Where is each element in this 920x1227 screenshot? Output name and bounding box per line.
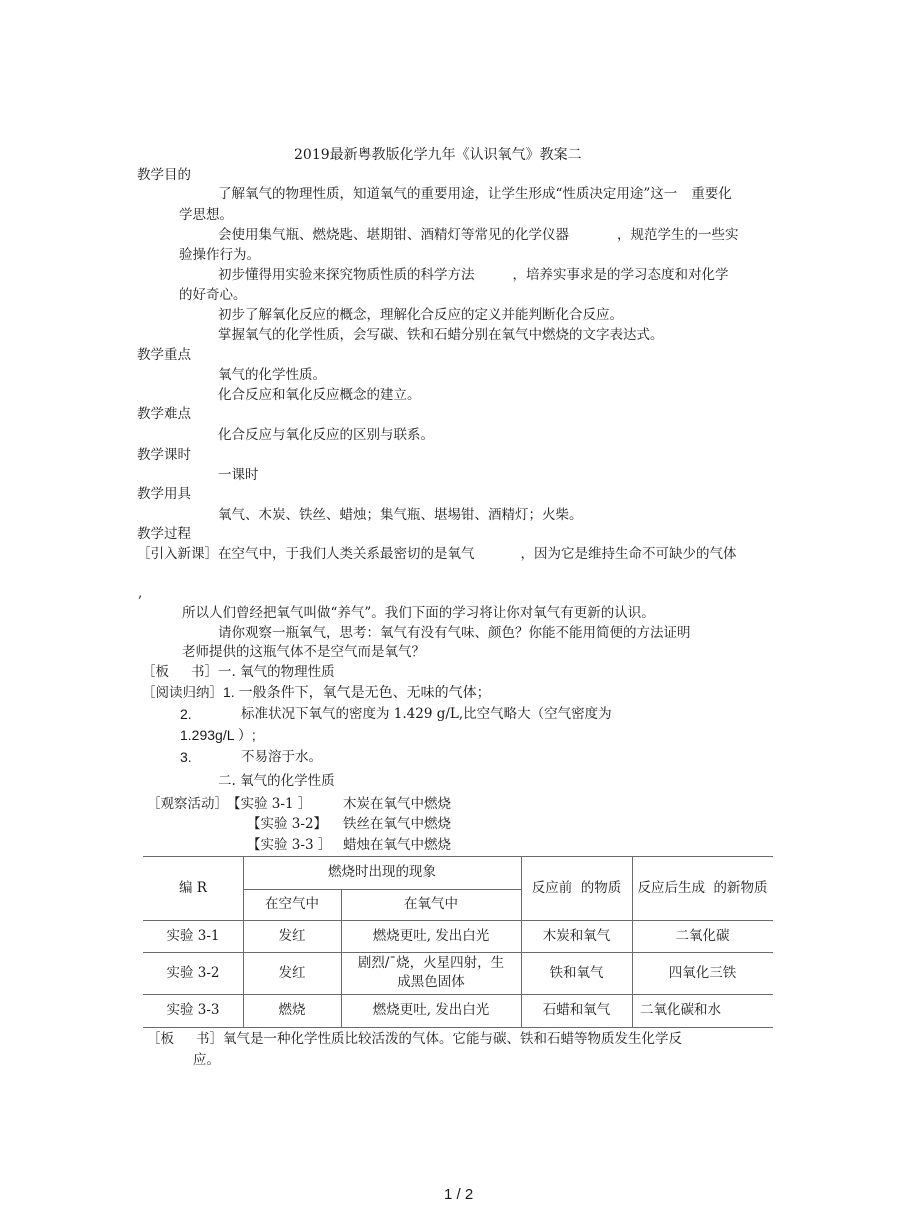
table-row-1-id: 实验 3-1 [143,920,243,952]
stray-comma: , [138,584,142,602]
reading-item-2-text: 标准状况下氧气的密度为 1.429 g/L,比空气略大（空气密度为 [241,705,612,723]
table-row-2-id: 实验 3-2 [143,952,243,994]
table-rule-bottom [143,1027,773,1028]
row-2-in-oxygen-line1: 剧烈/¯烧，火星四射，生 [358,954,504,973]
reading-item-3-num: 3. [180,748,192,766]
table-row-2-products: 四氧化三铁 [632,952,773,994]
objective-2-text-cont: ，规范学生的一些实 [617,227,739,243]
board-note-2: ［板书］氧气是一种化学性质比较活泼的气体。它能与碳、铁和石蜡等物质发生化学反 [147,1030,682,1048]
objective-2-line1: 会使用集气瓶、燃烧匙、堪期钳、酒精灯等常见的化学仪器，规范学生的一些实 [218,226,739,244]
intro-text-c: 所以人们曾经把氧气叫做“养气”。我们下面的学习将让你对氧气有更新的认识。 [182,604,655,622]
question-line-1: 请你观察一瓶氧气，思考：氧气有没有气味、颜色？你能不能用简便的方法证明 [218,624,691,642]
experiment-3-label: 【实验 3-3 ］ [247,836,331,854]
objective-3-line2: 的好奇心。 [179,286,247,304]
experiment-table: 编 R 燃烧时出现的现象 在空气中 在氧气中 反应前 的物质 反应后生成 的新物… [143,856,773,1027]
question-line-2: 老师提供的这瓶气体不是空气而是氧气？ [182,643,425,661]
heading-difficulties: 教学难点 [137,405,191,423]
table-row-2-in-air: 发红 [243,952,341,994]
table-row-3-id: 实验 3-3 [143,994,243,1027]
reading-item-1: 1. 一般条件下，氧气是无色、无味的气体； [223,684,491,700]
board-text-2: 氧气是一种化学性质比较活泼的气体。它能与碳、铁和石蜡等物质发生化学反 [223,1031,682,1047]
table-row-3-in-air: 燃烧 [243,994,341,1027]
objective-3-text: 初步懂得用实验来探究物质性质的科学方法 [218,267,475,283]
table-row-1-products: 二氧化碳 [632,920,773,952]
objective-1-text-cont: 重要化 [691,186,732,202]
table-row-3-reactants: 石蜡和氧气 [521,994,632,1027]
reading-summary-1: ［阅读归纳］1. 一般条件下，氧气是无色、无味的气体； [142,683,491,702]
objective-2-text: 会使用集气瓶、燃烧匙、堪期钳、酒精灯等常见的化学仪器 [218,227,569,243]
reading-item-2-num: 2. [180,705,192,723]
board-tag-close: 书］ [191,664,218,680]
objective-1-text: 了解氧气的物理性质，知道氧气的重要用途，让学生形成“性质决定用途”这一 [218,186,677,202]
th-reactants: 反应前 的物质 [521,856,632,920]
objective-1-line2: 学思想。 [179,206,233,224]
materials-list: 氧气、木炭、铁丝、蜡烛；集气瓶、堪埸钳、酒精灯；火柴。 [218,506,583,524]
board-2-tag-close: 书］ [196,1031,223,1047]
observe-tag: ［观察活动］ [147,795,228,813]
row-1-id-text: 实验 3-1 [166,927,219,946]
th-in-air: 在空气中 [243,889,341,920]
board-text-2-cont: 应。 [193,1051,220,1069]
reading-item-2-cont: 1.293g/L ）; [180,726,256,744]
row-2-in-oxygen-line2: 成黑色固体 [397,973,465,992]
table-row-1-in-air: 发红 [243,920,341,952]
intro-line: ［引入新课］在空气中，于我们人类关系最密切的是氧气，因为它是维持生命不可缺少的气… [137,545,737,563]
objective-4: 初步了解氧化反应的概念，理解化合反应的定义并能判断化合反应。 [218,306,623,324]
board-tag-open: ［板 [142,664,169,680]
experiment-3-desc: 蜡烛在氧气中燃烧 [343,836,451,854]
key-point-2: 化合反应和氧化反应概念的建立。 [218,386,421,404]
th-id: 编 R [143,856,243,920]
table-row-1-in-oxygen: 燃烧更吐, 发出白光 [341,920,521,952]
heading-process: 教学过程 [137,525,191,543]
table-row-1-reactants: 木炭和氧气 [521,920,632,952]
reading-tag: ［阅读归纳］ [142,685,223,701]
intro-tag: ［引入新课］ [137,546,218,562]
table-row-3-in-oxygen: 燃烧更吐, 发出白光 [341,994,521,1027]
page-indicator: 1 / 2 [444,1186,473,1204]
board-2-tag-open: ［板 [147,1031,174,1047]
objective-3-text-cont: ，培养实事求是的学习态度和对化学 [513,267,729,283]
heading-class-hours: 教学课时 [137,446,191,464]
board-note-1: ［板书］一. 氧气的物理性质 [142,663,335,681]
class-hours-value: 一课时 [218,466,259,484]
table-row-2-in-oxygen: 剧烈/¯烧，火星四射，生 成黑色固体 [341,952,521,994]
table-row-3-products: 二氧化碳和水 [632,994,773,1027]
experiment-1-desc: 木炭在氧气中燃烧 [343,795,451,813]
difficulty-1: 化合反应与氧化反应的区别与联系。 [218,426,434,444]
th-in-oxygen: 在氧气中 [341,889,521,920]
document-title: 2019最新粤教版化学九年《认识氧气》教案二 [294,146,582,164]
board-text-1: 一. 氧气的物理性质 [218,664,335,680]
heading-key-points: 教学重点 [137,346,191,364]
objective-3-line1: 初步懂得用实验来探究物质性质的科学方法，培养实事求是的学习态度和对化学 [218,266,729,284]
intro-text-a: 在空气中，于我们人类关系最密切的是氧气 [218,546,475,562]
th-phenomenon: 燃烧时出现的现象 [243,856,521,889]
intro-text-b: ，因为它是维持生命不可缺少的气体 [521,546,737,562]
objective-1-line1: 了解氧气的物理性质，知道氧气的重要用途，让学生形成“性质决定用途”这一重要化 [218,185,732,203]
table-row-2-reactants: 铁和氧气 [521,952,632,994]
heading-materials: 教学用具 [137,485,191,503]
key-point-1: 氧气的化学性质。 [218,366,326,384]
section-2-title: 二. 氧气的化学性质 [218,772,335,790]
experiment-1-label: 【实验 3-1 ］ [227,795,311,813]
heading-objectives: 教学目的 [137,166,191,184]
reading-item-3-text: 不易溶于水。 [241,748,322,766]
objective-2-line2: 验操作行为。 [179,246,260,264]
th-products: 反应后生成 的新物质 [632,856,773,920]
objective-5: 掌握氧气的化学性质，会写碳、铁和石蜡分别在氧气中燃烧的文字表达式。 [218,326,664,344]
experiment-2-label: 【实验 3-2】 [247,815,327,833]
experiment-2-desc: 铁丝在氧气中燃烧 [343,815,451,833]
